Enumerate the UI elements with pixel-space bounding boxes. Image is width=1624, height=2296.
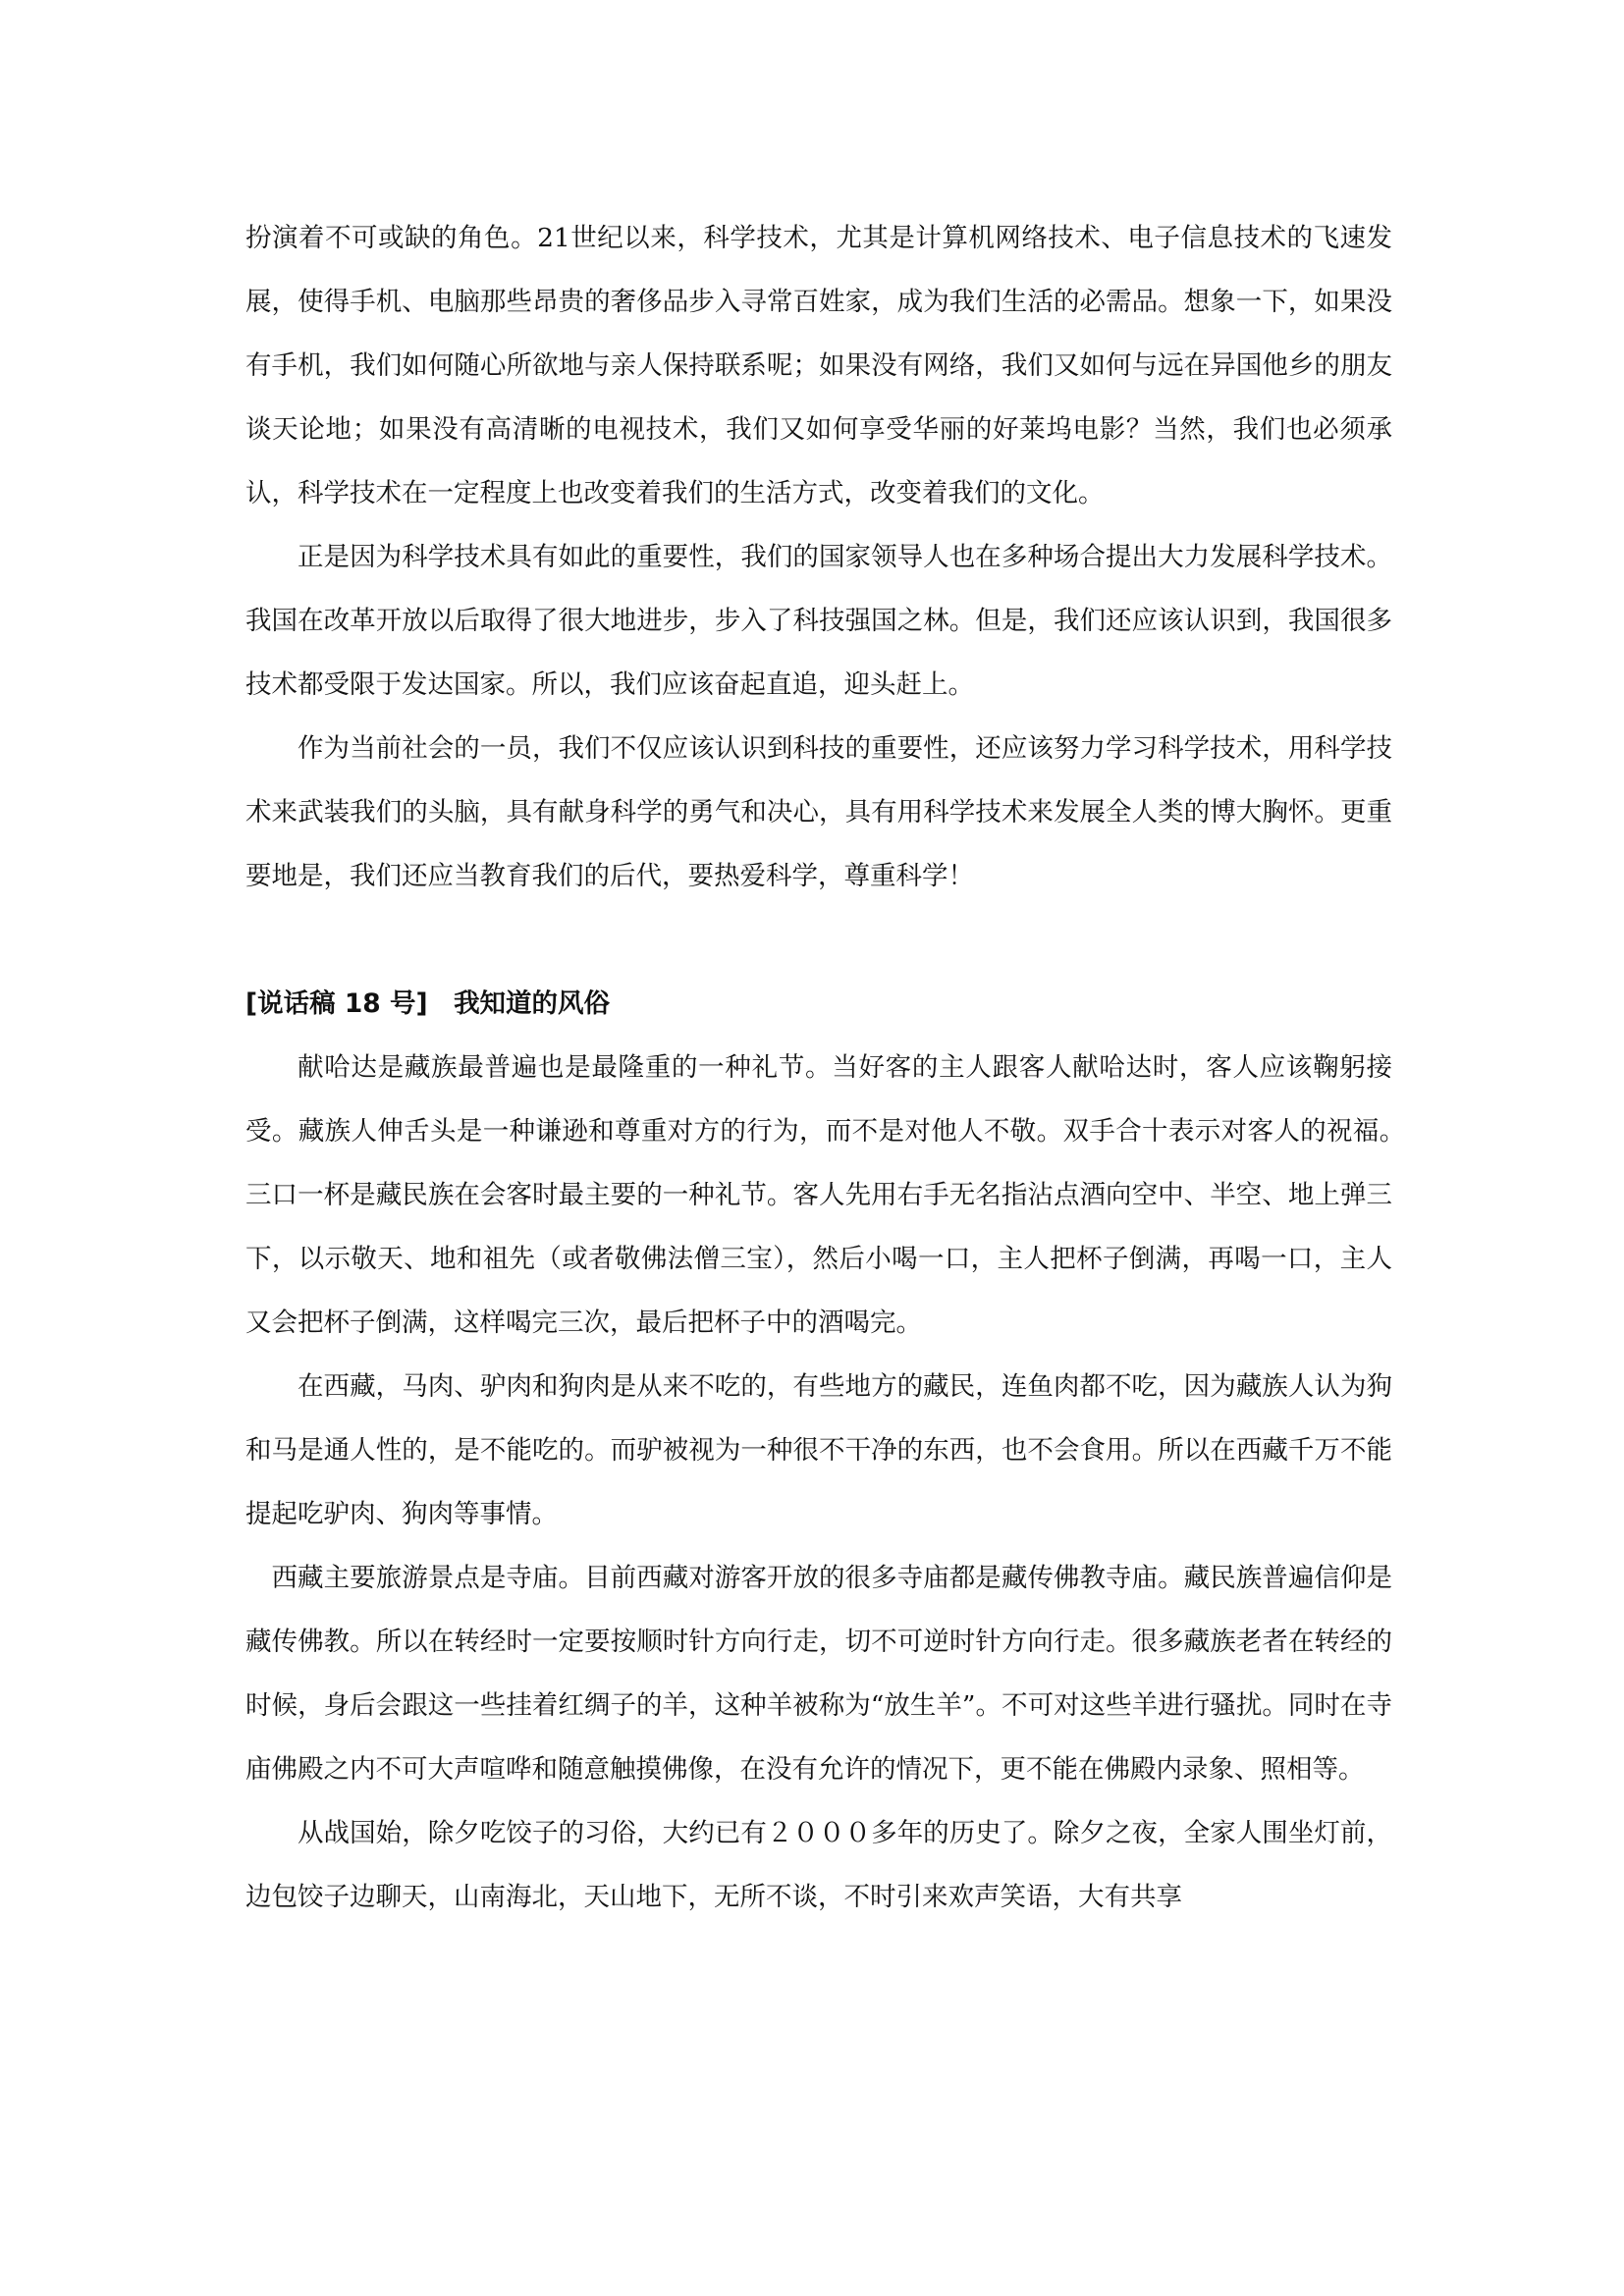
- speech-number-tag: [说话稿 18 号]: [245, 988, 428, 1019]
- paragraph: 正是因为科学技术具有如此的重要性，我们的国家领导人也在多种场合提出大力发展科学技…: [245, 525, 1392, 717]
- paragraph: 从战国始，除夕吃饺子的习俗，大约已有２０００多年的历史了。除夕之夜，全家人围坐灯…: [245, 1801, 1392, 1929]
- paragraph: 献哈达是藏族最普遍也是最隆重的一种礼节。当好客的主人跟客人献哈达时，客人应该鞠躬…: [245, 1036, 1392, 1355]
- paragraph: 作为当前社会的一员，我们不仅应该认识到科技的重要性，还应该努力学习科学技术，用科…: [245, 717, 1392, 908]
- section-heading: [说话稿 18 号]我知道的风俗: [245, 972, 1392, 1036]
- document-page: 扮演着不可或缺的角色。21世纪以来，科学技术，尤其是计算机网络技术、电子信息技术…: [245, 206, 1392, 1929]
- paragraph: 在西藏，马肉、驴肉和狗肉是从来不吃的，有些地方的藏民，连鱼肉都不吃，因为藏族人认…: [245, 1355, 1392, 1546]
- section-title: 我知道的风俗: [454, 988, 610, 1019]
- spacer: [245, 908, 1392, 972]
- paragraph: 西藏主要旅游景点是寺庙。目前西藏对游客开放的很多寺庙都是藏传佛教寺庙。藏民族普遍…: [245, 1546, 1392, 1801]
- paragraph: 扮演着不可或缺的角色。21世纪以来，科学技术，尤其是计算机网络技术、电子信息技术…: [245, 206, 1392, 525]
